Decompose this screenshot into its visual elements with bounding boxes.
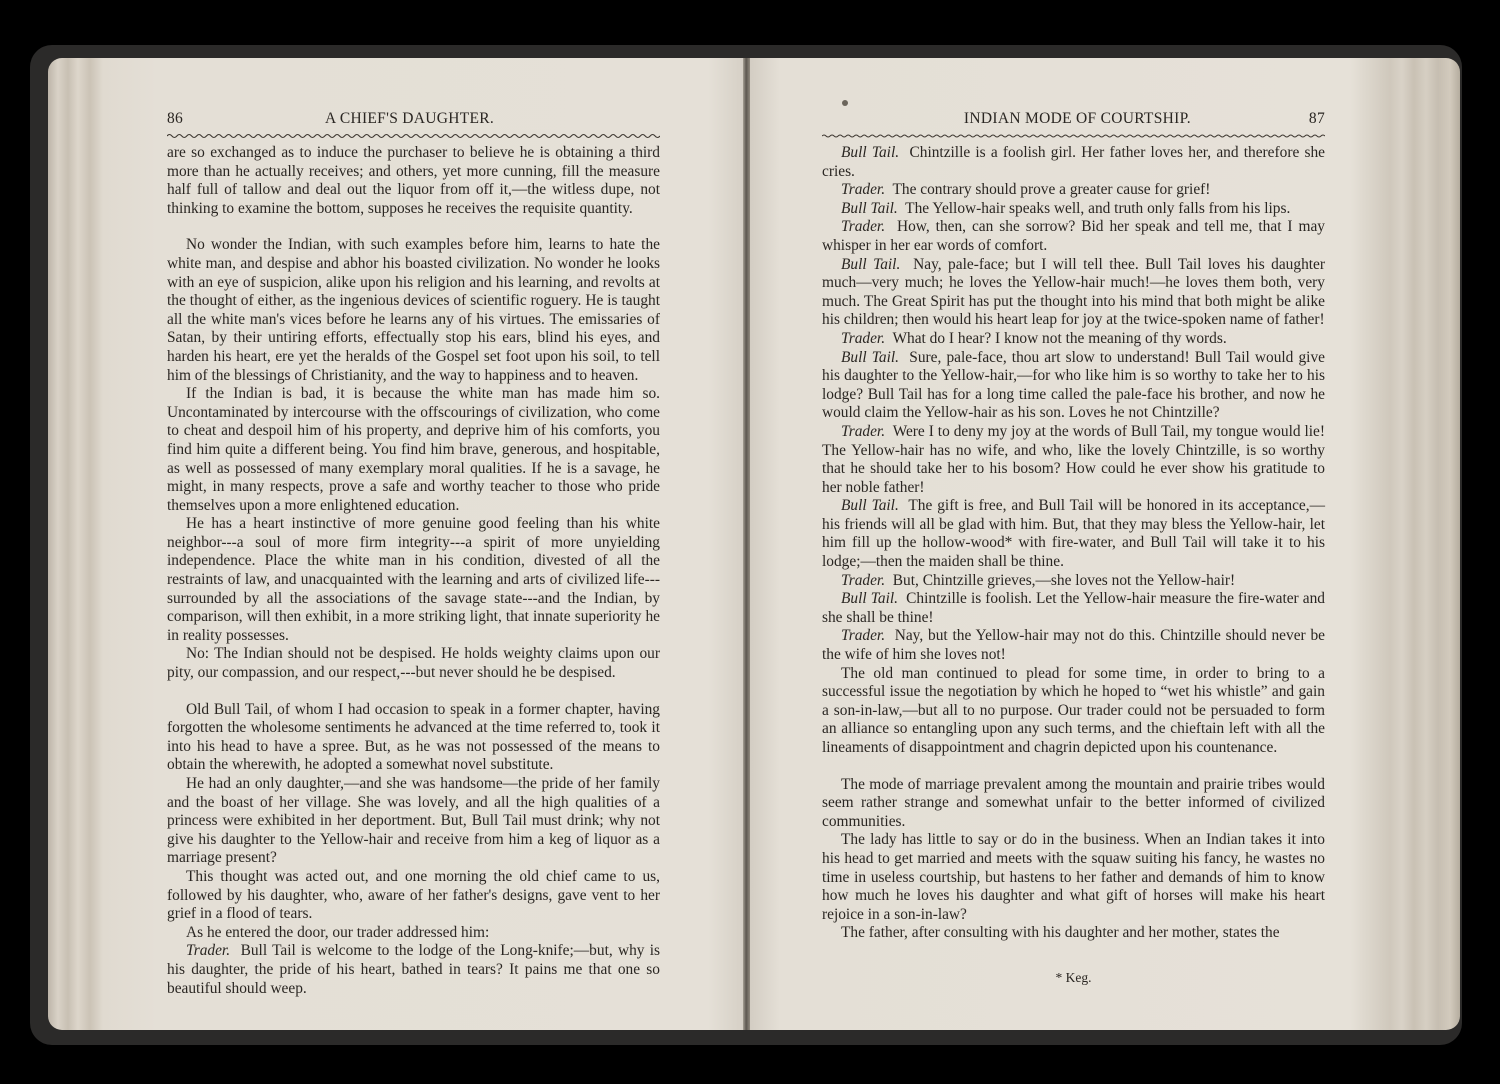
speaker-label: Bull Tail. — [841, 497, 899, 514]
right-page-header: INDIAN MODE OF COURTSHIP. 87 — [822, 110, 1325, 130]
footnote: * Keg. — [822, 969, 1325, 988]
running-head: A CHIEF'S DAUGHTER. — [183, 110, 636, 129]
paragraph: He has a heart instinctive of more genui… — [167, 515, 660, 645]
speaker-label: Bull Tail. — [841, 200, 898, 217]
speaker-label: Bull Tail. — [841, 590, 898, 607]
paragraph: He had an only daughter,—and she was han… — [167, 775, 660, 868]
dialogue-paragraph: Trader. Nay, but the Yellow-hair may not… — [822, 627, 1325, 664]
speaker-label: Trader. — [841, 627, 885, 644]
speaker-label: Trader. — [186, 942, 230, 959]
paragraph: The lady has little to say or do in the … — [822, 831, 1325, 924]
speaker-label: Trader. — [841, 423, 885, 440]
page-number: 86 — [167, 110, 183, 129]
dialogue-paragraph: Bull Tail. The Yellow-hair speaks well, … — [822, 200, 1325, 219]
dialogue-paragraph: Trader. The contrary should prove a grea… — [822, 181, 1325, 200]
dialogue-text: The contrary should prove a greater caus… — [892, 181, 1210, 198]
dialogue-paragraph: Bull Tail. Chintzille is foolish. Let th… — [822, 590, 1325, 627]
dialogue-paragraph: Bull Tail. Sure, pale-face, thou art slo… — [822, 349, 1325, 423]
speaker-label: Bull Tail. — [841, 256, 900, 273]
page-number: 87 — [1309, 110, 1325, 129]
dialogue-paragraph: Trader. Were I to deny my joy at the wor… — [822, 423, 1325, 497]
paper-spot — [842, 100, 848, 106]
header-rule — [167, 133, 660, 139]
left-page: 86 A CHIEF'S DAUGHTER. are so exchanged … — [167, 110, 660, 998]
dialogue-text: Chintzille is foolish. Let the Yellow-ha… — [822, 590, 1325, 626]
running-head: INDIAN MODE OF COURTSHIP. — [846, 110, 1309, 129]
dialogue-paragraph: Trader. Bull Tail is welcome to the lodg… — [167, 942, 660, 998]
right-page-body: Bull Tail. Chintzille is a foolish girl.… — [822, 144, 1325, 943]
dialogue-text: Bull Tail is welcome to the lodge of the… — [167, 942, 660, 996]
book-gutter — [743, 58, 750, 1030]
paragraph: If the Indian is bad, it is because the … — [167, 385, 660, 515]
left-page-body: are so exchanged as to induce the purcha… — [167, 144, 660, 998]
header-rule — [822, 133, 1325, 139]
paragraph: The old man continued to plead for some … — [822, 665, 1325, 758]
dialogue-text: How, then, can she sorrow? Bid her speak… — [822, 218, 1325, 254]
paragraph: Old Bull Tail, of whom I had occasion to… — [167, 701, 660, 775]
left-page-header: 86 A CHIEF'S DAUGHTER. — [167, 110, 660, 130]
dialogue-paragraph: Bull Tail. Nay, pale-face; but I will te… — [822, 256, 1325, 330]
speaker-label: Trader. — [841, 218, 885, 235]
dialogue-text: What do I hear? I know not the meaning o… — [892, 330, 1226, 347]
paragraph: are so exchanged as to induce the purcha… — [167, 144, 660, 218]
dialogue-paragraph: Bull Tail. Chintzille is a foolish girl.… — [822, 144, 1325, 181]
dialogue-paragraph: Bull Tail. The gift is free, and Bull Ta… — [822, 497, 1325, 571]
paragraph: No: The Indian should not be despised. H… — [167, 645, 660, 682]
paragraph: This thought was acted out, and one morn… — [167, 868, 660, 924]
paragraph: As he entered the door, our trader addre… — [167, 924, 660, 943]
dialogue-paragraph: Trader. But, Chintzille grieves,—she lov… — [822, 572, 1325, 591]
dialogue-text: Were I to deny my joy at the words of Bu… — [822, 423, 1325, 496]
paragraph: The mode of marriage prevalent among the… — [822, 776, 1325, 832]
right-page: INDIAN MODE OF COURTSHIP. 87 Bull Tail. … — [822, 110, 1325, 988]
speaker-label: Bull Tail. — [841, 144, 899, 161]
paragraph: The father, after consulting with his da… — [822, 924, 1325, 943]
dialogue-text: But, Chintzille grieves,—she loves not t… — [893, 572, 1235, 589]
paragraph: No wonder the Indian, with such examples… — [167, 236, 660, 385]
dialogue-paragraph: Trader. What do I hear? I know not the m… — [822, 330, 1325, 349]
speaker-label: Bull Tail. — [841, 349, 899, 366]
speaker-label: Trader. — [841, 181, 885, 198]
dialogue-text: The Yellow-hair speaks well, and truth o… — [905, 200, 1290, 217]
speaker-label: Trader. — [841, 572, 885, 589]
dialogue-text: Nay, but the Yellow-hair may not do this… — [822, 627, 1325, 663]
speaker-label: Trader. — [841, 330, 885, 347]
dialogue-paragraph: Trader. How, then, can she sorrow? Bid h… — [822, 218, 1325, 255]
